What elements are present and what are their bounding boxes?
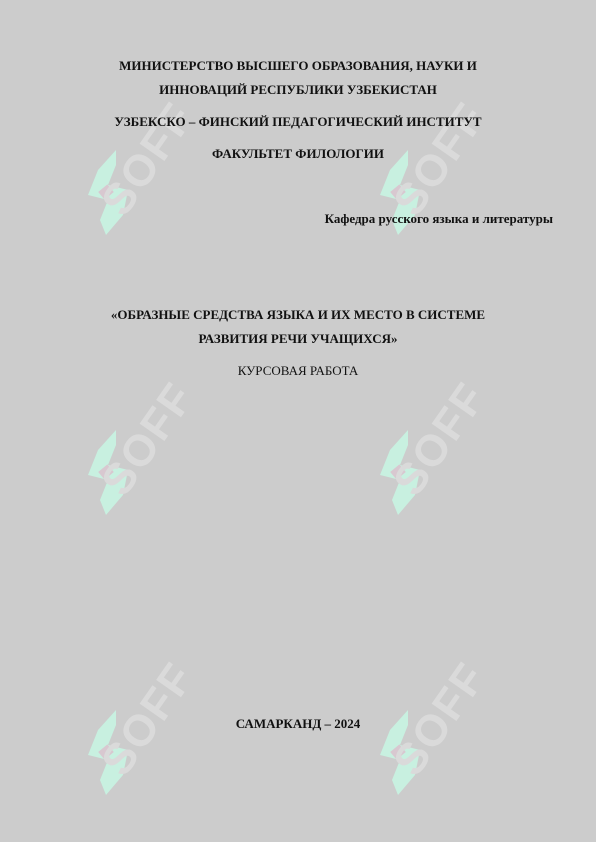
city-year: САМАРКАНД – 2024 xyxy=(0,716,596,732)
ministry-line-2: ИННОВАЦИЙ РЕСПУБЛИКИ УЗБЕКИСТАН xyxy=(0,82,596,98)
soff-watermark-text: SOFF xyxy=(92,374,205,505)
soff-logo-icon xyxy=(370,425,430,520)
department-name: Кафедра русского языка и литературы xyxy=(325,211,553,227)
ministry-line-1: МИНИСТЕРСТВО ВЫСШЕГО ОБРАЗОВАНИЯ, НАУКИ … xyxy=(0,58,596,74)
soff-watermark: SOFF xyxy=(370,680,540,800)
soff-watermark: SOFF xyxy=(78,120,248,240)
soff-watermark-text: SOFF xyxy=(384,374,497,505)
soff-watermark: SOFF xyxy=(78,400,248,520)
faculty-name: ФАКУЛЬТЕТ ФИЛОЛОГИИ xyxy=(0,146,596,162)
work-type: КУРСОВАЯ РАБОТА xyxy=(0,363,596,379)
institute-name: УЗБЕКСКО – ФИНСКИЙ ПЕДАГОГИЧЕСКИЙ ИНСТИТ… xyxy=(0,114,596,130)
title-line-1: «ОБРАЗНЫЕ СРЕДСТВА ЯЗЫКА И ИХ МЕСТО В СИ… xyxy=(0,307,596,323)
title-line-2: РАЗВИТИЯ РЕЧИ УЧАЩИХСЯ» xyxy=(0,331,596,347)
soff-logo-icon xyxy=(78,425,138,520)
soff-watermark: SOFF xyxy=(370,400,540,520)
soff-watermark: SOFF xyxy=(78,680,248,800)
